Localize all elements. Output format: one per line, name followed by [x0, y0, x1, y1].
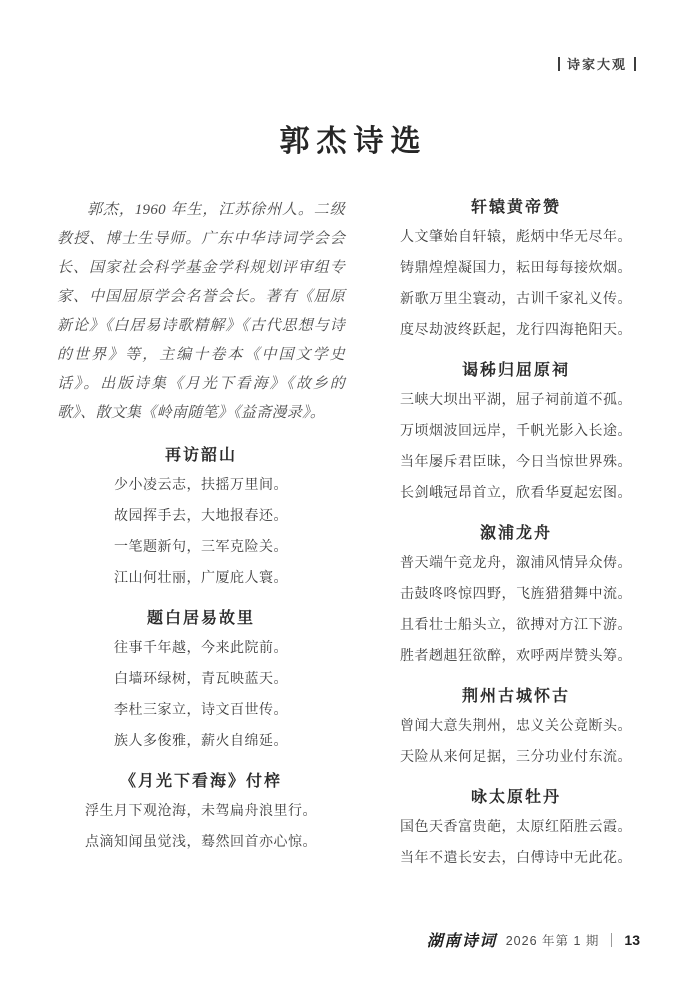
poem-title: 溆浦龙舟 — [372, 522, 660, 546]
poem-line: 国色天香富贵葩，太原红陌胜云霞。 — [372, 812, 660, 843]
page-footer: 湖南诗词 2026 年第 1 期 13 — [427, 928, 640, 951]
poem-line: 天险从来何足据，三分功业付东流。 — [372, 742, 660, 773]
header-bar-right-icon — [634, 57, 636, 71]
running-head: 诗家大观 — [558, 54, 636, 73]
poem-section: 题白居易故里 往事千年越，今来此院前。白墙环绿树，青瓦映蓝天。李杜三家立，诗文百… — [57, 607, 345, 757]
column-left: 郭杰，1960 年生，江苏徐州人。二级教授、博士生导师。广东中华诗词学会会长、国… — [57, 196, 345, 887]
poem-line: 白墙环绿树，青瓦映蓝天。 — [57, 664, 345, 695]
poem-lines: 普天端午竞龙舟，溆浦风情异众俦。击鼓咚咚惊四野，飞旌猎猎舞中流。且看壮士船头立，… — [372, 548, 660, 672]
poem-lines: 三峡大坝出平湖，屈子祠前道不孤。万顷烟波回远岸，千帆光影入长途。当年屡斥君臣昧，… — [372, 385, 660, 509]
poem-title: 《月光下看海》付梓 — [57, 770, 345, 794]
issue-label: 2026 年第 1 期 — [506, 931, 600, 949]
poem-line: 人文肇始自轩辕，彪炳中华无尽年。 — [372, 222, 660, 253]
poem-line: 且看壮士船头立，欲搏对方江下游。 — [372, 610, 660, 641]
page-number: 13 — [624, 932, 640, 948]
footer-divider — [611, 933, 612, 947]
poem-section: 溆浦龙舟 普天端午竞龙舟，溆浦风情异众俦。击鼓咚咚惊四野，飞旌猎猎舞中流。且看壮… — [372, 522, 660, 672]
poem-line: 故园挥手去，大地报春还。 — [57, 501, 345, 532]
poem-line: 往事千年越，今来此院前。 — [57, 633, 345, 664]
poem-lines: 往事千年越，今来此院前。白墙环绿树，青瓦映蓝天。李杜三家立，诗文百世传。族人多俊… — [57, 633, 345, 757]
poem-line: 普天端午竞龙舟，溆浦风情异众俦。 — [372, 548, 660, 579]
poem-line: 当年不遣长安去，白傅诗中无此花。 — [372, 843, 660, 874]
poem-section: 再访韶山 少小凌云志，扶摇万里间。故园挥手去，大地报春还。一笔题新句，三军克险关… — [57, 444, 345, 594]
content-columns: 郭杰，1960 年生，江苏徐州人。二级教授、博士生导师。广东中华诗词学会会长、国… — [0, 196, 700, 887]
poem-line: 点滴知闻虽觉浅，蓦然回首亦心惊。 — [57, 827, 345, 858]
poem-line: 李杜三家立，诗文百世传。 — [57, 695, 345, 726]
poem-title: 题白居易故里 — [57, 607, 345, 631]
poem-title: 再访韶山 — [57, 444, 345, 468]
poem-line: 新歌万里尘寰动，古训千家礼义传。 — [372, 284, 660, 315]
poem-line: 胜者趔趄狂欲醉，欢呼两岸赞头筹。 — [372, 641, 660, 672]
poem-section: 谒秭归屈原祠 三峡大坝出平湖，屈子祠前道不孤。万顷烟波回远岸，千帆光影入长途。当… — [372, 359, 660, 509]
poem-line: 万顷烟波回远岸，千帆光影入长途。 — [372, 416, 660, 447]
poem-line: 铸鼎煌煌凝国力，耘田每每接炊烟。 — [372, 253, 660, 284]
running-head-label: 诗家大观 — [567, 54, 627, 73]
poem-section: 荆州古城怀古 曾闻大意失荆州，忠义关公竟断头。天险从来何足据，三分功业付东流。 — [372, 685, 660, 773]
header-bar-left-icon — [558, 57, 560, 71]
poem-line: 浮生月下观沧海，未驾扁舟浪里行。 — [57, 796, 345, 827]
poem-lines: 国色天香富贵葩，太原红陌胜云霞。当年不遣长安去，白傅诗中无此花。 — [372, 812, 660, 874]
page-title: 郭杰诗选 — [0, 0, 700, 162]
poem-line: 击鼓咚咚惊四野，飞旌猎猎舞中流。 — [372, 579, 660, 610]
poem-title: 咏太原牡丹 — [372, 786, 660, 810]
poem-section: 轩辕黄帝赞 人文肇始自轩辕，彪炳中华无尽年。铸鼎煌煌凝国力，耘田每每接炊烟。新歌… — [372, 196, 660, 346]
poem-line: 度尽劫波终跃起，龙行四海艳阳天。 — [372, 315, 660, 346]
poem-title: 轩辕黄帝赞 — [372, 196, 660, 220]
author-intro: 郭杰，1960 年生，江苏徐州人。二级教授、博士生导师。广东中华诗词学会会长、国… — [57, 196, 345, 428]
poem-lines: 人文肇始自轩辕，彪炳中华无尽年。铸鼎煌煌凝国力，耘田每每接炊烟。新歌万里尘寰动，… — [372, 222, 660, 346]
poem-lines: 浮生月下观沧海，未驾扁舟浪里行。点滴知闻虽觉浅，蓦然回首亦心惊。 — [57, 796, 345, 858]
journal-name: 湖南诗词 — [427, 928, 497, 951]
poem-title: 荆州古城怀古 — [372, 685, 660, 709]
poem-section: 咏太原牡丹 国色天香富贵葩，太原红陌胜云霞。当年不遣长安去，白傅诗中无此花。 — [372, 786, 660, 874]
poem-line: 一笔题新句，三军克险关。 — [57, 532, 345, 563]
column-right: 轩辕黄帝赞 人文肇始自轩辕，彪炳中华无尽年。铸鼎煌煌凝国力，耘田每每接炊烟。新歌… — [372, 196, 660, 887]
poem-title: 谒秭归屈原祠 — [372, 359, 660, 383]
poem-line: 江山何壮丽，广厦庇人寰。 — [57, 563, 345, 594]
poem-line: 曾闻大意失荆州，忠义关公竟断头。 — [372, 711, 660, 742]
poem-section: 《月光下看海》付梓 浮生月下观沧海，未驾扁舟浪里行。点滴知闻虽觉浅，蓦然回首亦心… — [57, 770, 345, 858]
poem-line: 少小凌云志，扶摇万里间。 — [57, 470, 345, 501]
poem-line: 当年屡斥君臣昧，今日当惊世界殊。 — [372, 447, 660, 478]
poem-line: 长剑峨冠昂首立，欣看华夏起宏图。 — [372, 478, 660, 509]
poem-lines: 少小凌云志，扶摇万里间。故园挥手去，大地报春还。一笔题新句，三军克险关。江山何壮… — [57, 470, 345, 594]
magazine-page: 诗家大观 郭杰诗选 郭杰，1960 年生，江苏徐州人。二级教授、博士生导师。广东… — [0, 0, 700, 989]
poem-line: 三峡大坝出平湖，屈子祠前道不孤。 — [372, 385, 660, 416]
poem-lines: 曾闻大意失荆州，忠义关公竟断头。天险从来何足据，三分功业付东流。 — [372, 711, 660, 773]
poem-line: 族人多俊雅，薪火自绵延。 — [57, 726, 345, 757]
